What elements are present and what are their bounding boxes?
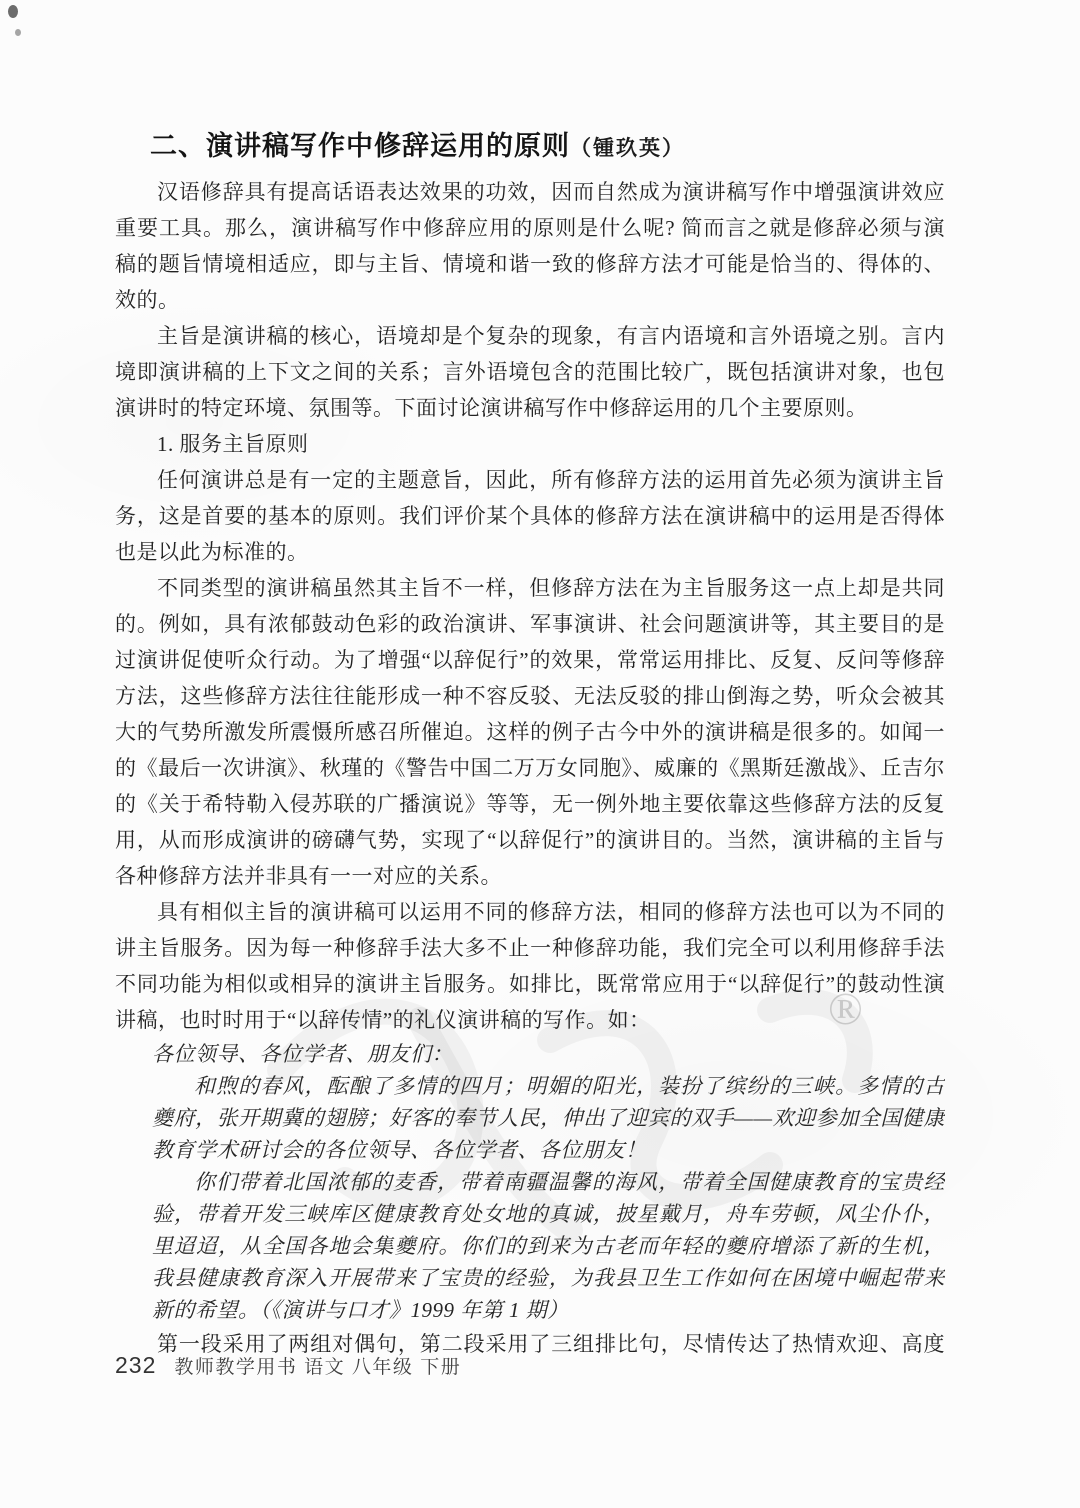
- text-line: 重要工具。那么，演讲稿写作中修辞应用的原则是什么呢? 简而言之就是修辞必须与演讲: [115, 210, 945, 246]
- scanned-book-page: ® 二、演讲稿写作中修辞运用的原则（锺玖英） 汉语修辞具有提高话语表达效果的功效…: [0, 0, 1080, 1508]
- text-line: 的《关于希特勒入侵苏联的广播演说》等等，无一例外地主要依靠这些修辞方法的反复运: [115, 786, 945, 822]
- text-line: 讲主旨服务。因为每一种修辞手法大多不止一种修辞功能，我们完全可以利用修辞手法的: [115, 930, 945, 966]
- text-line: 各位领导、各位学者、朋友们：: [152, 1038, 945, 1070]
- page-content: 二、演讲稿写作中修辞运用的原则（锺玖英） 汉语修辞具有提高话语表达效果的功效，因…: [115, 128, 945, 1362]
- text-line: 你们带着北国浓郁的麦香，带着南疆温馨的海风，带着全国健康教育的宝贵经: [152, 1166, 945, 1198]
- subheading: 1. 服务主旨原则: [115, 426, 945, 462]
- text-line: 我县健康教育深入开展带来了宝贵的经验，为我县卫生工作如何在困境中崛起带来了: [152, 1262, 945, 1294]
- paragraph: 任何演讲总是有一定的主题意旨，因此，所有修辞方法的运用首先必须为演讲主旨服务，这…: [115, 462, 945, 570]
- text-line: 汉语修辞具有提高话语表达效果的功效，因而自然成为演讲稿写作中增强演讲效应的: [115, 174, 945, 210]
- text-line: 新的希望。（《演讲与口才》1999 年第 1 期）: [152, 1294, 945, 1326]
- text-line: 教育学术研讨会的各位领导、各位学者、各位朋友！: [152, 1134, 945, 1166]
- paragraph: 汉语修辞具有提高话语表达效果的功效，因而自然成为演讲稿写作中增强演讲效应的重要工…: [115, 174, 945, 318]
- text-line: 里迢迢，从全国各地会集夔府。你们的到来为古老而年轻的夔府增添了新的生机，为: [152, 1230, 945, 1262]
- page-footer: 232 教师教学用书 语文 八年级 下册: [115, 1352, 461, 1379]
- text-line: 的。例如，具有浓郁鼓动色彩的政治演讲、军事演讲、社会问题演讲等，其主要目的是通: [115, 606, 945, 642]
- book-title: 教师教学用书 语文 八年级 下册: [174, 1352, 461, 1379]
- scan-artifact: [8, 5, 18, 18]
- text-line: 务，这是首要的基本的原则。我们评价某个具体的修辞方法在演讲稿中的运用是否得体时: [115, 498, 945, 534]
- text-line: 验，带着开发三峡库区健康教育处女地的真诚，披星戴月，舟车劳顿，风尘仆仆，千: [152, 1198, 945, 1230]
- text-line: 讲稿，也时时用于“以辞传情”的礼仪演讲稿的写作。如：: [115, 1002, 945, 1038]
- text-line: 具有相似主旨的演讲稿可以运用不同的修辞方法，相同的修辞方法也可以为不同的演: [115, 894, 945, 930]
- text-line: 任何演讲总是有一定的主题意旨，因此，所有修辞方法的运用首先必须为演讲主旨服: [115, 462, 945, 498]
- scan-artifact: [15, 29, 21, 36]
- text-line: 各种修辞方法并非具有一一对应的关系。: [115, 858, 945, 894]
- paragraph: 具有相似主旨的演讲稿可以运用不同的修辞方法，相同的修辞方法也可以为不同的演讲主旨…: [115, 894, 945, 1038]
- text-line: 夔府，张开期冀的翅膀；好客的奉节人民，伸出了迎宾的双手——欢迎参加全国健康: [152, 1102, 945, 1134]
- text-line: 大的气势所激发所震慑所感召所催迫。这样的例子古今中外的演讲稿是很多的。如闻一多: [115, 714, 945, 750]
- text-line: 也是以此为标准的。: [115, 534, 945, 570]
- text-line: 稿的题旨情境相适应，即与主旨、情境和谐一致的修辞方法才可能是恰当的、得体的、有: [115, 246, 945, 282]
- paragraph: 不同类型的演讲稿虽然其主旨不一样，但修辞方法在为主旨服务这一点上却是共同的。例如…: [115, 570, 945, 894]
- page-number: 232: [115, 1352, 156, 1379]
- text-line: 主旨是演讲稿的核心，语境却是个复杂的现象，有言内语境和言外语境之别。言内语: [115, 318, 945, 354]
- text-line: 过演讲促使听众行动。为了增强“以辞促行”的效果，常常运用排比、反复、反问等修辞: [115, 642, 945, 678]
- text-line: 不同类型的演讲稿虽然其主旨不一样，但修辞方法在为主旨服务这一点上却是共同: [115, 570, 945, 606]
- text-line: 的《最后一次讲演》、秋瑾的《警告中国二万万女同胞》、威廉的《黑斯廷激战》、丘吉尔: [115, 750, 945, 786]
- text-line: 用，从而形成演讲的磅礴气势，实现了“以辞促行”的演讲目的。当然，演讲稿的主旨与: [115, 822, 945, 858]
- paragraph: 主旨是演讲稿的核心，语境却是个复杂的现象，有言内语境和言外语境之别。言内语境即演…: [115, 318, 945, 426]
- text-line: 和煦的春风，酝酿了多情的四月；明媚的阳光，装扮了缤纷的三峡。多情的古城: [152, 1070, 945, 1102]
- quoted-speech-block: 各位领导、各位学者、朋友们：和煦的春风，酝酿了多情的四月；明媚的阳光，装扮了缤纷…: [152, 1038, 945, 1326]
- section-title-text: 二、演讲稿写作中修辞运用的原则: [150, 131, 570, 161]
- text-line: 方法，这些修辞方法往往能形成一种不容反驳、无法反驳的排山倒海之势，听众会被其强: [115, 678, 945, 714]
- section-title-author: （锺玖英）: [570, 136, 685, 160]
- text-line: 境即演讲稿的上下文之间的关系；言外语境包含的范围比较广，既包括演讲对象，也包括: [115, 354, 945, 390]
- text-line: 演讲时的特定环境、氛围等。下面讨论演讲稿写作中修辞运用的几个主要原则。: [115, 390, 945, 426]
- text-line: 效的。: [115, 282, 945, 318]
- section-title: 二、演讲稿写作中修辞运用的原则（锺玖英）: [115, 128, 945, 166]
- text-line: 不同功能为相似或相异的演讲主旨服务。如排比，既常常应用于“以辞促行”的鼓动性演: [115, 966, 945, 1002]
